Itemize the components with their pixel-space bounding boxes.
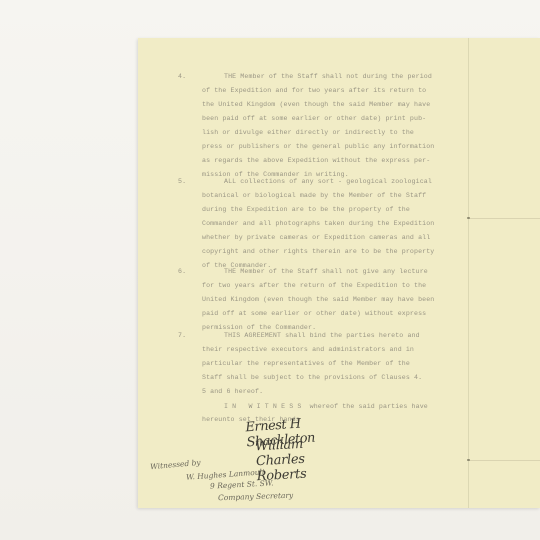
clause-number: 7. xyxy=(178,332,186,339)
clause-line: United Kingdom (even though the said Mem… xyxy=(202,296,434,303)
signature-roberts: William Charles Roberts xyxy=(255,437,307,485)
clause-number: 4. xyxy=(178,73,186,80)
witness-address: 9 Regent St. SW. xyxy=(210,478,274,490)
fold-line-vertical xyxy=(468,38,469,508)
clause-line: of the Expedition and for two years afte… xyxy=(202,87,426,94)
clause-line: particular the representatives of the Me… xyxy=(202,360,410,367)
clause-line: THE Member of the Staff shall not give a… xyxy=(224,268,428,275)
clause-line: during the Expedition are to be the prop… xyxy=(202,206,410,213)
clause-line: the United Kingdom (even though the said… xyxy=(202,101,430,108)
clause-line: mission of the Commander in writing. xyxy=(202,171,349,178)
clause-line: THIS AGREEMENT shall bind the parties he… xyxy=(224,332,420,339)
witness-title: Company Secretary xyxy=(218,491,293,503)
clause-line: 5 and 6 hereof. xyxy=(202,388,263,395)
clause-number: 6. xyxy=(178,268,186,275)
clause-line: THE Member of the Staff shall not during… xyxy=(224,73,432,80)
clause-line: ALL collections of any sort - geological… xyxy=(224,178,432,185)
clause-line: their respective executors and administr… xyxy=(202,346,414,353)
clause-line: lish or divulge either directly or indir… xyxy=(202,129,414,136)
clause-line: botanical or biological made by the Memb… xyxy=(202,192,426,199)
clause-line: for two years after the return of the Ex… xyxy=(202,282,426,289)
fold-line-horizontal xyxy=(468,218,540,219)
clause-line: permission of the Commander. xyxy=(202,324,316,331)
clause-line: press or publishers or the general publi… xyxy=(202,143,434,150)
pin-mark xyxy=(467,459,470,461)
document-page: 4. THE Member of the Staff shall not dur… xyxy=(138,38,540,508)
clause-line: as regards the above Expedition without … xyxy=(202,157,430,164)
clause-line: whether by private cameras or Expedition… xyxy=(202,234,430,241)
witness-note-heading: Witnessed by xyxy=(150,458,201,471)
clause-line: paid off at some earlier or other date) … xyxy=(202,310,426,317)
clause-line: been paid off at some earlier or other d… xyxy=(202,115,426,122)
pin-mark xyxy=(467,217,470,219)
fold-line-horizontal xyxy=(468,460,540,461)
clause-line: Commander and all photographs taken duri… xyxy=(202,220,434,227)
clause-line: Staff shall be subject to the provisions… xyxy=(202,374,422,381)
witness-line: I N W I T N E S S whereof the said parti… xyxy=(224,403,428,410)
clause-line: copyright and other rights therein are t… xyxy=(202,248,434,255)
clause-number: 5. xyxy=(178,178,186,185)
